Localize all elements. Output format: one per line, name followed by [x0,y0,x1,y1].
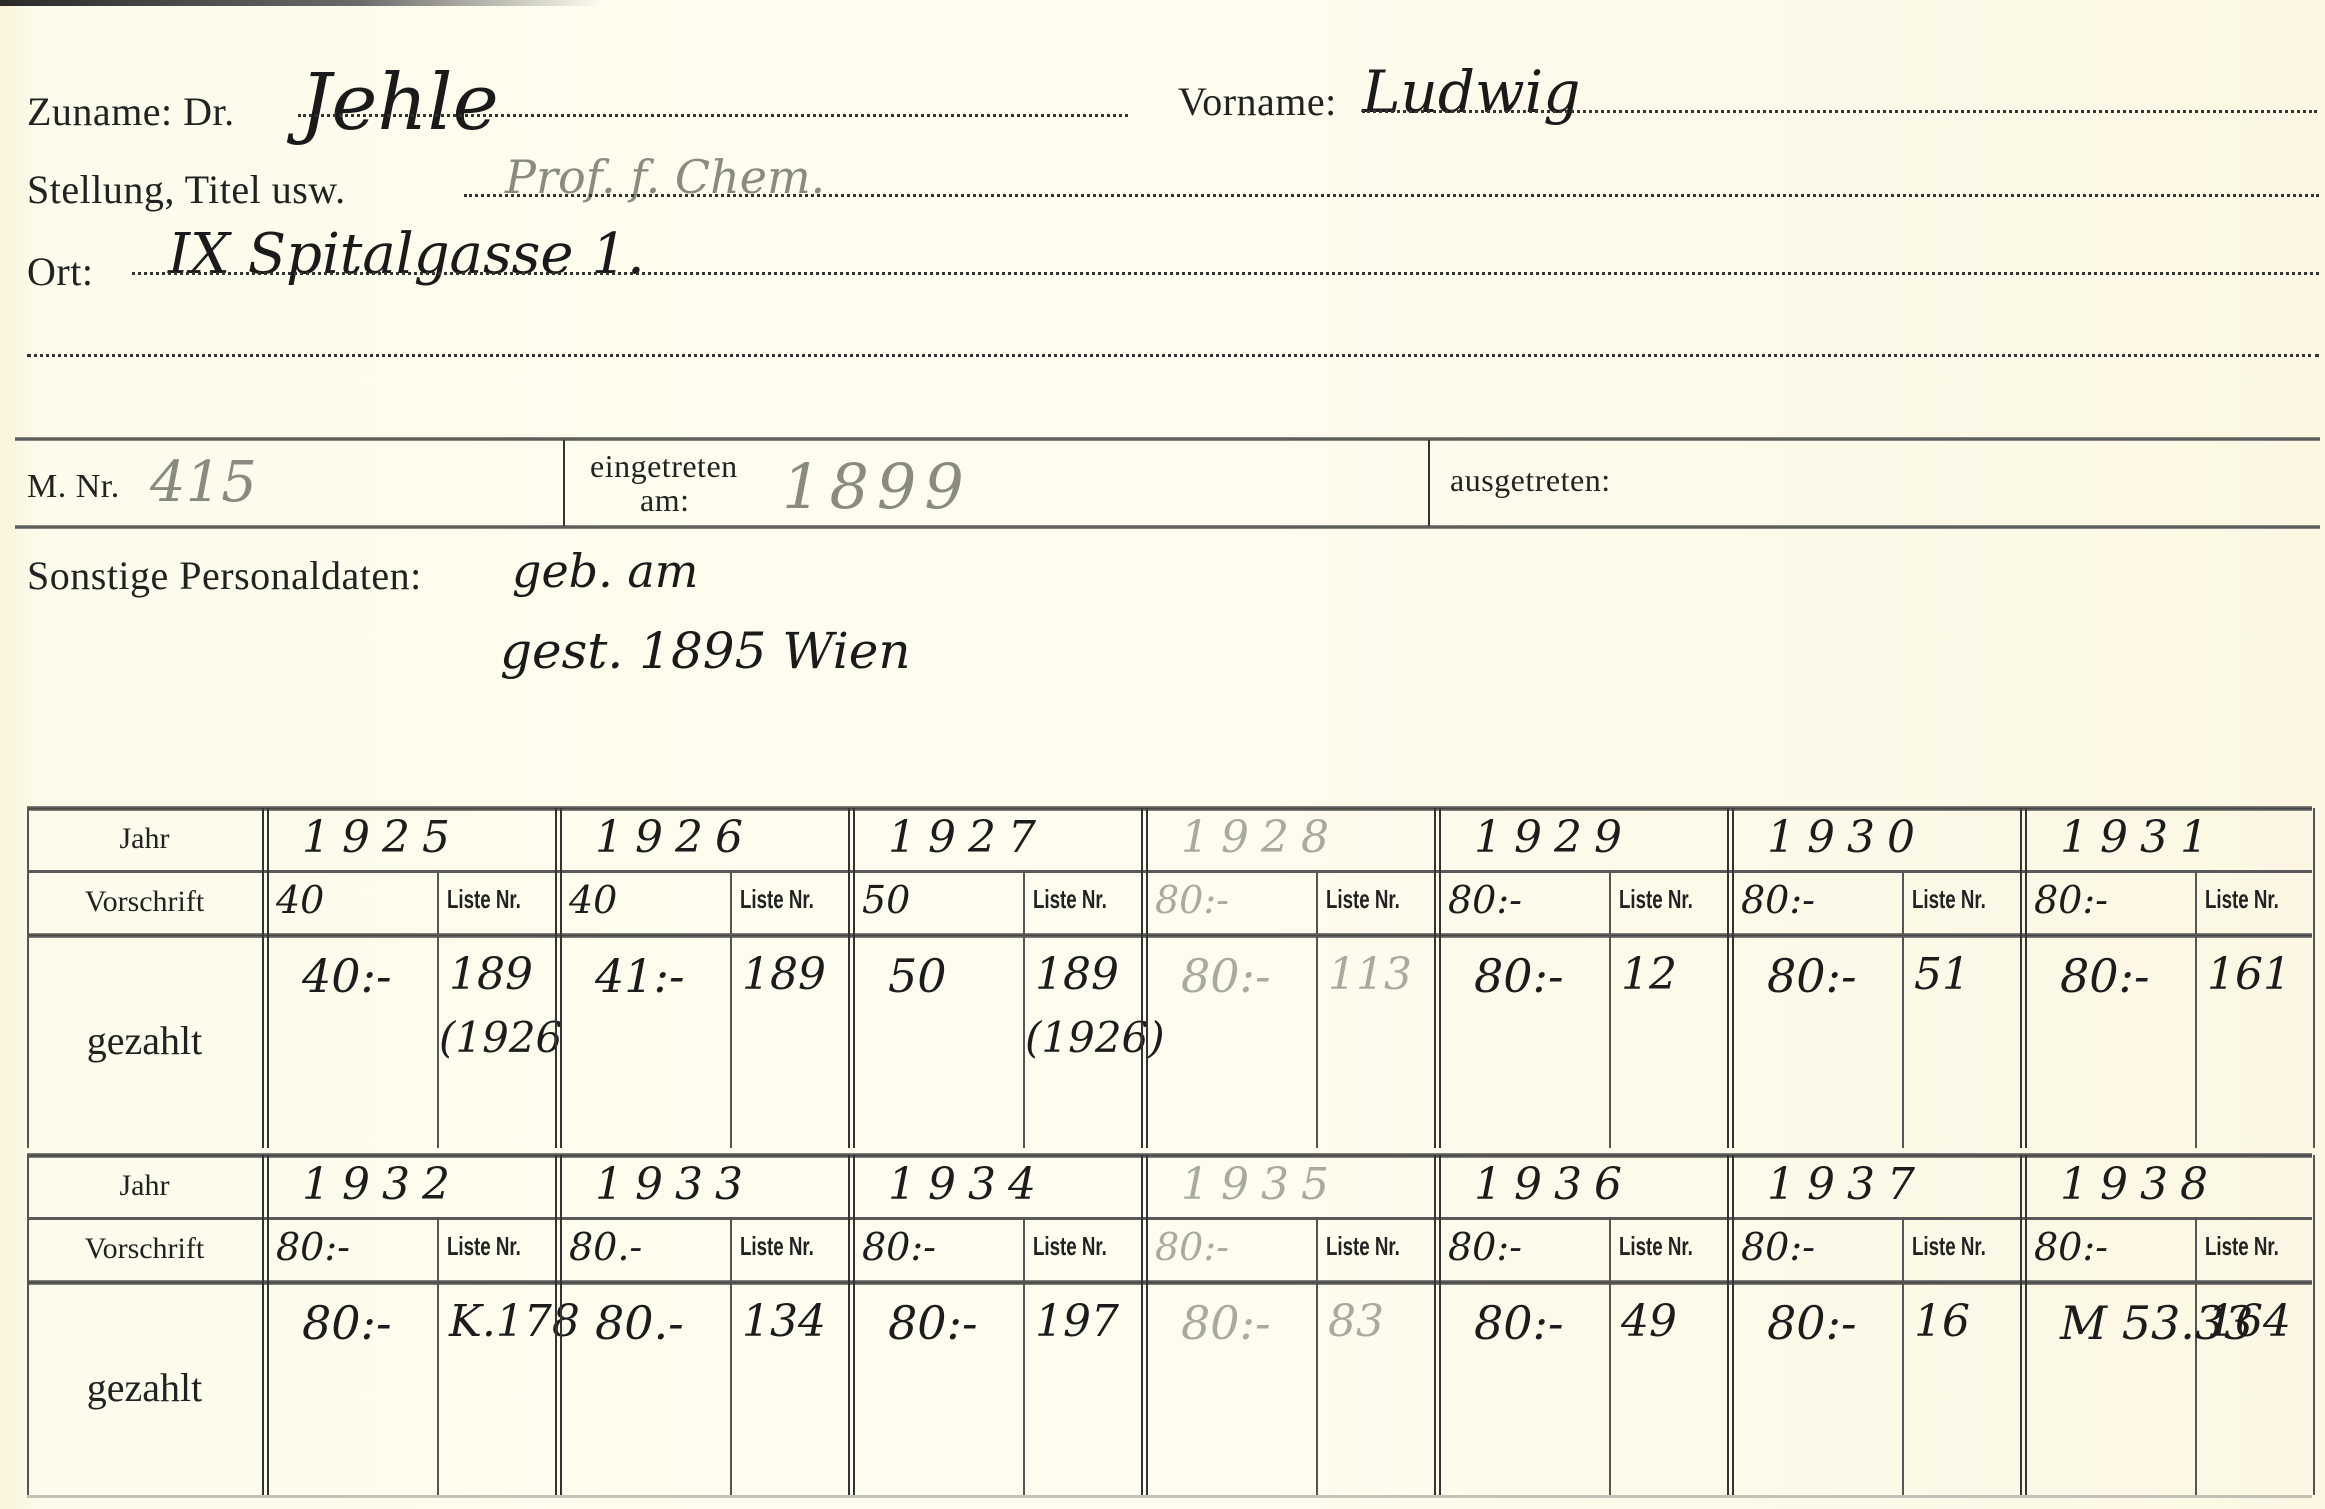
list-column-divider [1902,870,1904,1148]
list-number-header: Liste Nr. [1033,884,1107,915]
year-value: 1926 [595,812,755,863]
paid-value: 80:- [1181,1296,1271,1350]
paid-value: 40:- [302,949,392,1003]
paid-value: 80:- [888,1296,978,1350]
list-number-value: 189 [742,949,826,1000]
list-number-header: Liste Nr. [447,884,521,915]
year-block-divider [848,1155,855,1495]
prescribed-value: 80:- [1741,1225,1815,1269]
list-column-divider [2195,870,2197,1148]
table-block-top-rule [27,806,2312,811]
payment-table: JahrVorschriftgezahlt192540Liste Nr.40:-… [27,0,2312,1509]
list-number-header: Liste Nr. [1619,1231,1693,1262]
year-block-divider [1434,1155,1441,1495]
list-column-divider [1023,870,1025,1148]
list-column-divider [1023,1217,1025,1495]
prescribed-value: 80:- [1741,878,1815,922]
year-value: 1937 [1767,1159,1927,1210]
membership-card: Zuname: Dr. Jehle Vorname: Ludwig Stellu… [0,0,2325,1509]
list-column-divider [2195,1217,2197,1495]
prescribed-value: 80:- [1448,878,1522,922]
paid-value: 80:- [1474,949,1564,1003]
year-block-divider [1727,808,1734,1148]
year-value: 1931 [2060,812,2220,863]
year-value: 1928 [1181,812,1341,863]
list-number-value: 16 [1914,1296,1970,1347]
prescribed-value: 50 [862,878,910,922]
year-block-divider [1141,1155,1148,1495]
list-column-divider [1609,1217,1611,1495]
list-number-header: Liste Nr. [447,1231,521,1262]
paid-value: 80.- [595,1296,684,1350]
table-right-border [2313,1155,2315,1495]
list-column-divider [1609,870,1611,1148]
prescribed-value: 80:- [2034,878,2108,922]
prescribed-value: 40 [276,878,324,922]
year-block-divider [848,808,855,1148]
list-number-header: Liste Nr. [2205,884,2279,915]
list-number-value: 161 [2207,949,2291,1000]
list-number-header: Liste Nr. [740,1231,814,1262]
list-number-header: Liste Nr. [1912,1231,1986,1262]
year-value: 1938 [2060,1159,2220,1210]
year-block-divider [2020,808,2027,1148]
year-value: 1935 [1181,1159,1341,1210]
year-value: 1936 [1474,1159,1634,1210]
list-number-value: 83 [1328,1296,1384,1347]
year-block-divider [2020,1155,2027,1495]
table-row-rule-prescribed [27,1280,2312,1285]
list-number-header: Liste Nr. [1912,884,1986,915]
table-row-rule-prescribed [27,933,2312,938]
list-number-header: Liste Nr. [1326,1231,1400,1262]
table-row-rule-year [27,1217,2312,1220]
list-number-header: Liste Nr. [1033,1231,1107,1262]
paid-value: 80:- [302,1296,392,1350]
prescribed-value: 80:- [862,1225,936,1269]
paid-value: 80:- [1767,949,1857,1003]
prescribed-value: 80:- [1448,1225,1522,1269]
table-block-bottom-rule [27,1495,2312,1498]
year-value: 1929 [1474,812,1634,863]
prescribed-value: 80:- [2034,1225,2108,1269]
row-label-paid: gezahlt [27,1280,262,1495]
list-number-value: 51 [1914,949,1970,1000]
list-column-divider [1902,1217,1904,1495]
paid-value: 80:- [1767,1296,1857,1350]
row-label-paid: gezahlt [27,933,262,1148]
year-value: 1930 [1767,812,1927,863]
list-number-header: Liste Nr. [2205,1231,2279,1262]
list-number-value: 164 [2207,1296,2291,1347]
list-column-divider [730,870,732,1148]
paid-value: 80:- [2060,949,2150,1003]
list-number-header: Liste Nr. [1619,884,1693,915]
prescribed-value: 80:- [1155,1225,1229,1269]
table-row-rule-year [27,870,2312,873]
row-label-prescribed: Vorschrift [27,870,262,933]
year-block-divider [555,808,562,1148]
year-block-divider [262,1155,269,1495]
row-label-prescribed: Vorschrift [27,1217,262,1280]
year-value: 1934 [888,1159,1048,1210]
paid-value: 80:- [1474,1296,1564,1350]
prescribed-value: 80:- [1155,878,1229,922]
list-number-note: (1926 [439,1013,562,1062]
year-value: 1932 [302,1159,462,1210]
year-value: 1925 [302,812,462,863]
paid-value: 50 [888,949,947,1003]
year-value: 1933 [595,1159,755,1210]
year-block-divider [1434,808,1441,1148]
list-column-divider [437,870,439,1148]
year-block-divider [1141,808,1148,1148]
row-label-year: Jahr [27,808,262,870]
year-block-divider [555,1155,562,1495]
paid-value: 41:- [595,949,685,1003]
list-number-value: 134 [742,1296,826,1347]
year-value: 1927 [888,812,1048,863]
list-column-divider [730,1217,732,1495]
list-number-value: 189 [1035,949,1119,1000]
list-number-header: Liste Nr. [1326,884,1400,915]
list-number-value: 197 [1035,1296,1119,1347]
year-block-divider [1727,1155,1734,1495]
list-number-header: Liste Nr. [740,884,814,915]
prescribed-value: 40 [569,878,617,922]
list-column-divider [1316,870,1318,1148]
prescribed-value: 80:- [276,1225,350,1269]
row-label-year: Jahr [27,1155,262,1217]
list-column-divider [1316,1217,1318,1495]
list-number-value: 189 [449,949,533,1000]
list-number-value: 12 [1621,949,1677,1000]
list-column-divider [437,1217,439,1495]
list-number-value: 113 [1328,949,1412,1000]
prescribed-value: 80.- [569,1225,642,1269]
year-block-divider [262,808,269,1148]
list-number-value: 49 [1621,1296,1677,1347]
table-right-border [2313,808,2315,1148]
paid-value: 80:- [1181,949,1271,1003]
table-block-top-rule [27,1153,2312,1158]
